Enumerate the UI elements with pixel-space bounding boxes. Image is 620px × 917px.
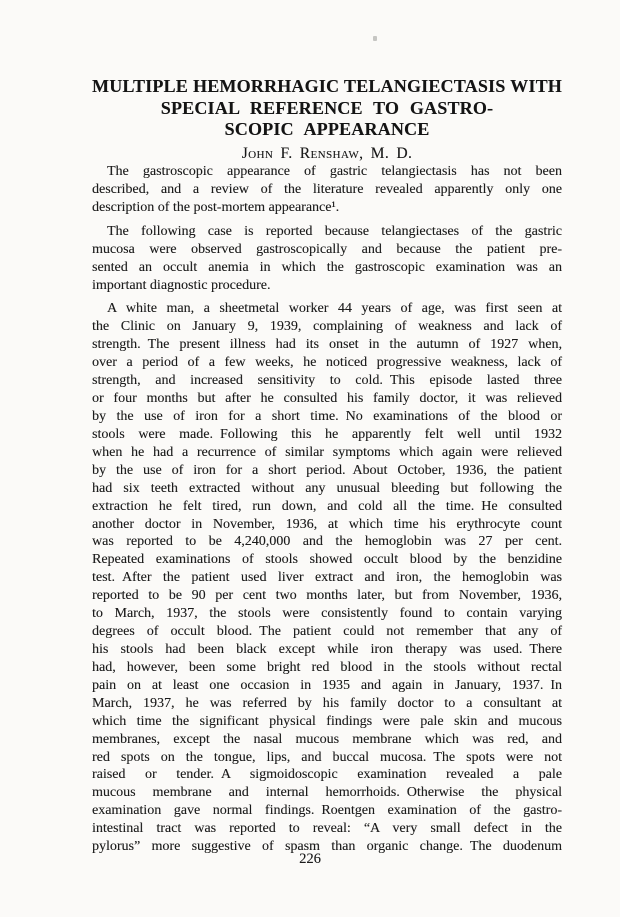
paragraph: The gastroscopic appearance of gastric t… [92,163,562,217]
text-line: A white man, a sheetmetal worker 44 year… [92,300,562,318]
text-line: had six teeth extracted without any unus… [92,480,562,498]
text-line: stools were made. Following this he appa… [92,426,562,444]
text-line: reported to be 90 per cent two months la… [92,587,562,605]
text-line: was reported to be 4,240,000 and the hem… [92,533,562,551]
text-line: extraction he felt tired, run down, and … [92,498,562,516]
text-line: strength, and increased sensitivity to c… [92,372,562,390]
text-line: The gastroscopic appearance of gastric t… [92,163,562,181]
text-line: over a period of a few weeks, he noticed… [92,354,562,372]
text-line: intestinal tract was reported to reveal:… [92,820,562,838]
paragraph: A white man, a sheetmetal worker 44 year… [92,300,562,856]
text-line: strength. The present illness had its on… [92,336,562,354]
text-line: description of the post-mortem appearanc… [92,199,562,217]
text-line: membranes, except the nasal mucous membr… [92,731,562,749]
text-line: by the use of iron for a short time. No … [92,408,562,426]
text-line: had, however, been some bright red blood… [92,659,562,677]
text-line: his stools had been black except while i… [92,641,562,659]
page-number: 226 [0,851,620,868]
text-line: March, 1937, he was referred by his fami… [92,695,562,713]
document-page: MULTIPLE HEMORRHAGIC TELANGIECTASIS WITH… [0,0,620,917]
text-line: mucosa were observed gastroscopically an… [92,241,562,259]
text-line: the Clinic on January 9, 1939, complaini… [92,318,562,336]
title-block: MULTIPLE HEMORRHAGIC TELANGIECTASIS WITH… [92,76,562,165]
text-line: by the use of iron for a short period. A… [92,462,562,480]
text-line: when he had a recurrence of similar symp… [92,444,562,462]
text-line: The following case is reported because t… [92,223,562,241]
article-title-line-3: SCOPIC APPEARANCE [92,119,562,141]
text-line: another doctor in November, 1936, at whi… [92,516,562,534]
text-line: or four months but after he consulted hi… [92,390,562,408]
text-line: which time the significant physical find… [92,713,562,731]
article-title-line-1: MULTIPLE HEMORRHAGIC TELANGIECTASIS WITH [92,76,562,98]
text-line: raised or tender. A sigmoidoscopic exami… [92,766,562,784]
author-byline: John F. Renshaw, M. D. [92,143,562,165]
text-line: important diagnostic procedure. [92,277,562,295]
text-line: red spots on the tongue, lips, and bucca… [92,749,562,767]
scan-artifact [373,36,377,41]
text-line: sented an occult anemia in which the gas… [92,259,562,277]
paragraph: The following case is reported because t… [92,223,562,295]
text-line: test. After the patient used liver extra… [92,569,562,587]
text-line: pain on at least one occasion in 1935 an… [92,677,562,695]
text-line: Repeated examinations of stools showed o… [92,551,562,569]
text-line: mucous membrane and internal hemorrhoids… [92,784,562,802]
text-line: examination gave normal findings. Roentg… [92,802,562,820]
article-title-line-2: SPECIAL REFERENCE TO GASTRO- [92,98,562,120]
article-body: The gastroscopic appearance of gastric t… [92,163,562,856]
text-line: to March, 1937, the stools were consiste… [92,605,562,623]
text-line: described, and a review of the literatur… [92,181,562,199]
text-line: degrees of occult blood. The patient cou… [92,623,562,641]
